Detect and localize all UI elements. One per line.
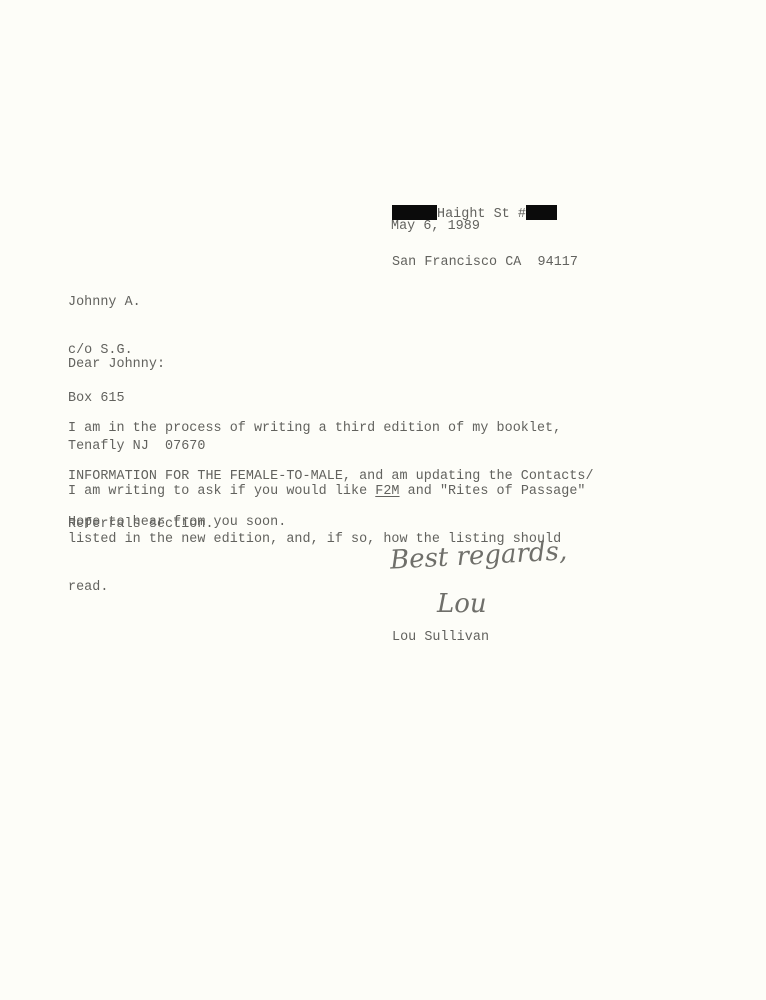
letter-date: May 6, 1989	[391, 219, 480, 235]
handwritten-signature: Lou	[437, 589, 487, 619]
redaction-bar-apartment-number	[526, 205, 557, 220]
paragraph-line: read.	[68, 580, 586, 596]
typed-signature-name: Lou Sullivan	[392, 630, 489, 646]
sender-city-line: San Francisco CA 94117	[392, 255, 578, 271]
underlined-publication-name: F2M	[375, 484, 399, 499]
recipient-name: Johnny A.	[68, 295, 205, 311]
sender-address: Haight St # San Francisco CA 94117	[392, 173, 578, 303]
paragraph-3: Hope to hear from you soon.	[68, 515, 286, 531]
salutation: Dear Johnny:	[68, 357, 165, 373]
paragraph-line: I am writing to ask if you would like F2…	[68, 484, 586, 500]
redaction-bar-house-number	[392, 205, 437, 220]
paragraph-line: I am in the process of writing a third e…	[68, 421, 594, 437]
